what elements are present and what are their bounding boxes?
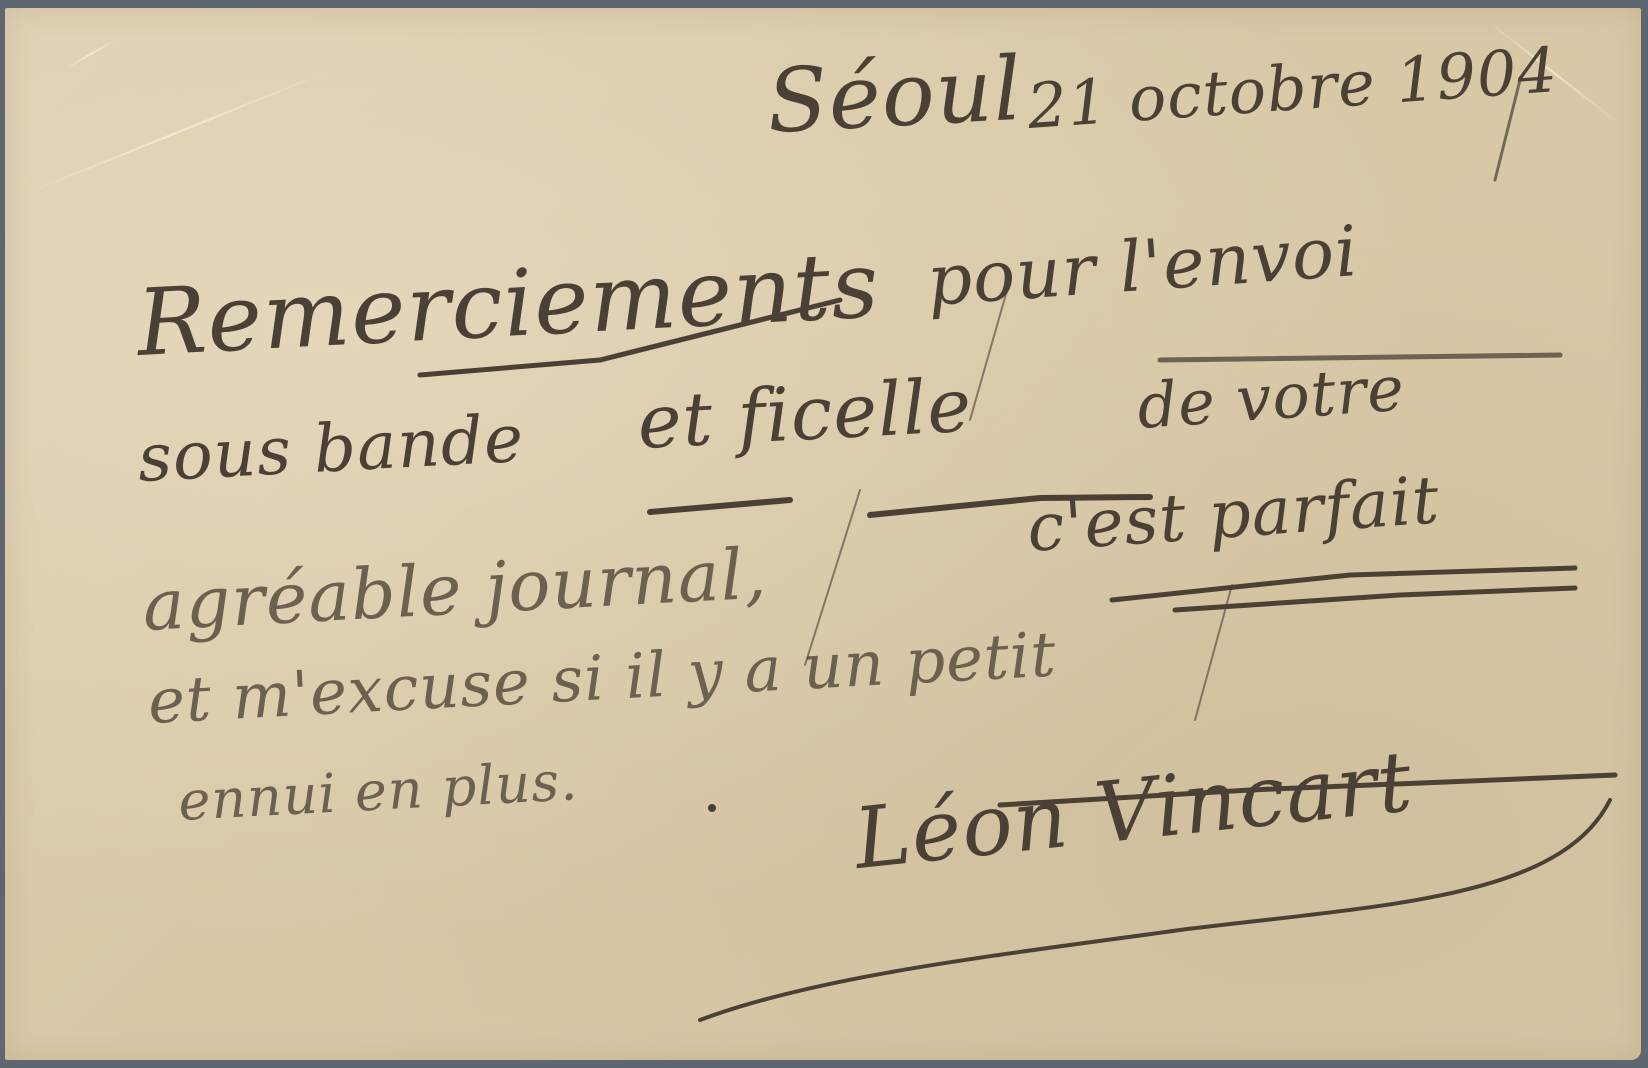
place-heading: Séoul [765,37,1025,153]
paper-crease [25,69,332,194]
body-text-et-ficelle: et ficelle [635,363,974,466]
paper-crease [65,38,118,70]
